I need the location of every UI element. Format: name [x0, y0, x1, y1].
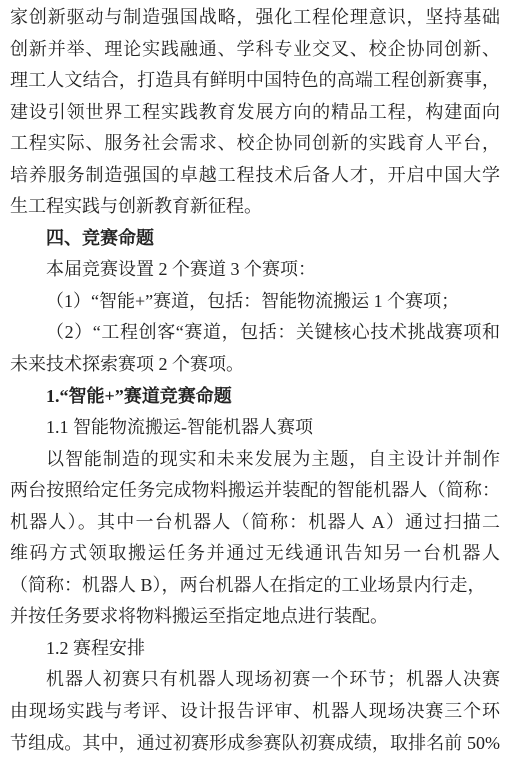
heading-section-four: 四、竞赛命题 — [10, 223, 500, 255]
list-item-1: （1）“智能+”赛道，包括：智能物流搬运 1 个赛项； — [10, 286, 500, 318]
text-line: 创新并举、理论实践融通、学科专业交叉、校企协同创新、 — [10, 34, 500, 66]
heading-1-1: 1.1 智能物流搬运-智能机器人赛项 — [10, 412, 500, 444]
text-line: 机器人）。其中一台机器人（简称：机器人 A）通过扫描二 — [10, 507, 500, 539]
list-item-2: （2）“工程创客“赛道，包括：关键核心技术挑战赛项和 — [10, 317, 500, 349]
text-line: 由现场实践与考评、设计报告评审、机器人现场决赛三个环 — [10, 696, 500, 728]
text-line: 培养服务制造强国的卓越工程技术后备人才，开启中国大学 — [10, 160, 500, 192]
text-line: 两台按照给定任务完成物料搬运并装配的智能机器人（简称： — [10, 475, 500, 507]
text-line: 家创新驱动与制造强国战略，强化工程伦理意识，坚持基础 — [10, 2, 500, 34]
text-line: （简称：机器人 B），两台机器人在指定的工业场景内行走， — [10, 570, 500, 602]
document-page: 家创新驱动与制造强国战略，强化工程伦理意识，坚持基础 创新并举、理论实践融通、学… — [0, 0, 509, 761]
text-line: 机器人初赛只有机器人现场初赛一个环节；机器人决赛 — [10, 664, 500, 696]
text-line: 节组成。其中，通过初赛形成参赛队初赛成绩，取排名前 50% — [10, 728, 500, 760]
text-line: 并按任务要求将物料搬运至指定地点进行装配。 — [10, 601, 500, 633]
text-line: 以智能制造的现实和未来发展为主题，自主设计并制作 — [10, 444, 500, 476]
text-line: 生工程实践与创新教育新征程。 — [10, 191, 500, 223]
text-line: 本届竞赛设置 2 个赛道 3 个赛项： — [10, 254, 500, 286]
text-line: 建设引领世界工程实践教育发展方向的精品工程，构建面向 — [10, 97, 500, 129]
text-line: 维码方式领取搬运任务并通过无线通讯告知另一台机器人 — [10, 538, 500, 570]
text-line: 工程实际、服务社会需求、校企协同创新的实践育人平台， — [10, 128, 500, 160]
heading-1-2: 1.2 赛程安排 — [10, 633, 500, 665]
text-line: 未来技术探索赛项 2 个赛项。 — [10, 349, 500, 381]
heading-track-1: 1.“智能+”赛道竞赛命题 — [10, 381, 500, 413]
text-line: 理工人文结合，打造具有鲜明中国特色的高端工程创新赛事， — [10, 65, 500, 97]
